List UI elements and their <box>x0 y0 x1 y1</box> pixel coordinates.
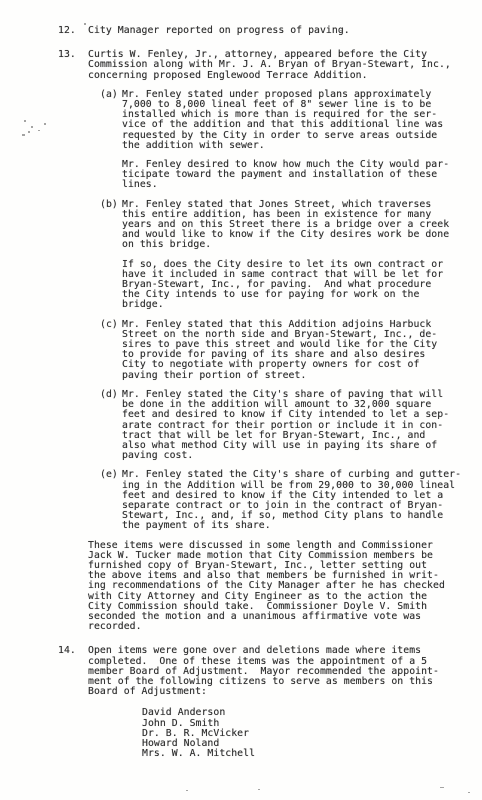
scan-speckle <box>340 30 342 31</box>
paragraph: Mr. Fenley desired to know how much the … <box>58 160 466 191</box>
sub-item-a: (a)Mr. Fenley stated under proposed plan… <box>58 90 466 151</box>
item-number: 14. <box>58 646 88 656</box>
scan-speckle <box>468 792 470 793</box>
paragraph: These items were discussed in some lengt… <box>58 541 466 633</box>
paragraph-text: Mr. Fenley stated that Jones Street, whi… <box>122 200 449 251</box>
agenda-item-12: 12.City Manager reported on progress of … <box>58 26 466 36</box>
scan-speckle <box>186 790 188 791</box>
scan-speckle <box>22 134 25 136</box>
paragraph-text: Open items were gone over and deletions … <box>88 646 439 697</box>
scan-speckle <box>258 789 260 790</box>
scan-speckle <box>28 131 30 133</box>
scan-speckle <box>24 120 26 122</box>
scanned-minutes-page: 12.City Manager reported on progress of … <box>0 0 482 800</box>
paragraph: If so, does the City desire to let its o… <box>58 260 466 311</box>
agenda-item-14: 14.Open items were gone over and deletio… <box>58 646 466 697</box>
agenda-item-13: 13.Curtis W. Fenley, Jr., attorney, appe… <box>58 50 466 81</box>
sub-item-b: (b)Mr. Fenley stated that Jones Street, … <box>58 200 466 251</box>
sub-item-letter: (d) <box>100 390 122 400</box>
paragraph-text: Mr. Fenley stated the City's share of cu… <box>122 470 461 531</box>
item-number: 13. <box>58 50 88 60</box>
sub-item-letter: (c) <box>100 320 122 330</box>
sub-item-d: (d)Mr. Fenley stated the City's share of… <box>58 390 466 461</box>
paragraph-text: Mr. Fenley desired to know how much the … <box>122 160 449 191</box>
paragraph-text: These items were discussed in some lengt… <box>88 541 445 633</box>
paragraph-text: Curtis W. Fenley, Jr., attorney, appeare… <box>88 50 451 81</box>
paragraph-text: Mr. Fenley stated that this Addition adj… <box>122 320 437 381</box>
scan-speckle <box>138 27 140 28</box>
scan-speckle <box>168 28 170 30</box>
paragraph-text: Mr. Fenley stated the City's share of pa… <box>122 390 449 461</box>
paragraph-text: Mr. Fenley stated under proposed plans a… <box>122 90 443 151</box>
minutes-text-body: 12.City Manager reported on progress of … <box>0 0 482 759</box>
sub-item-letter: (b) <box>100 200 122 210</box>
scan-speckle <box>31 126 33 128</box>
sub-item-e: (e)Mr. Fenley stated the City's share of… <box>58 470 466 531</box>
sub-item-c: (c)Mr. Fenley stated that this Addition … <box>58 320 466 381</box>
scan-speckle <box>440 787 444 788</box>
scan-speckle <box>38 130 40 131</box>
appointee-name-list: David Anderson John D. Smith Dr. B. R. M… <box>58 708 466 759</box>
scan-speckle <box>84 23 86 25</box>
paragraph-text: City Manager reported on progress of pav… <box>88 26 350 36</box>
scan-speckle <box>44 123 46 125</box>
item-number: 12. <box>58 26 88 36</box>
sub-item-letter: (a) <box>100 90 122 100</box>
paragraph-text: David Anderson John D. Smith Dr. B. R. M… <box>142 708 255 759</box>
paragraph-text: If so, does the City desire to let its o… <box>122 260 443 311</box>
sub-item-letter: (e) <box>100 470 122 480</box>
